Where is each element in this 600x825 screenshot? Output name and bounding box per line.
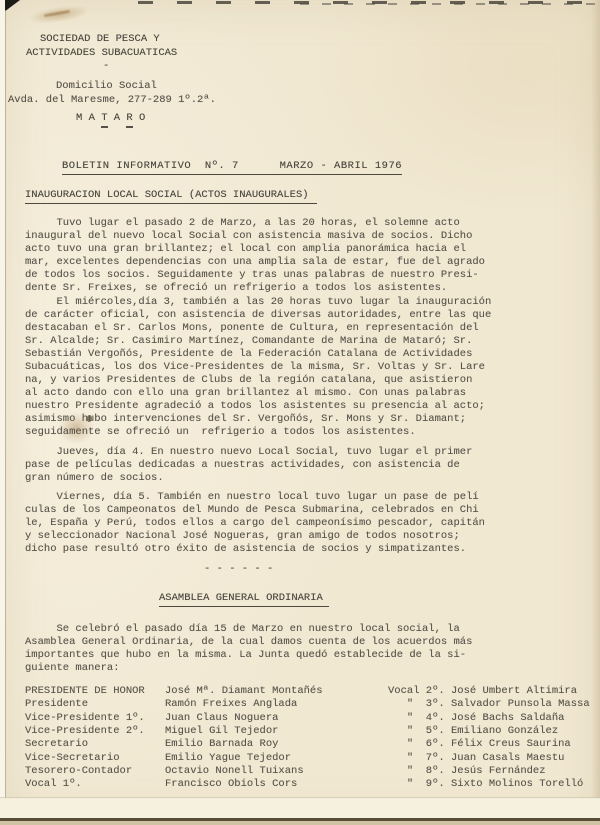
paragraph-line: importantes que hubo en la misma. La Jun… bbox=[25, 649, 472, 662]
paragraph-line: na, y varios Presidentes de Clubs de la … bbox=[25, 374, 491, 387]
office-cell: Presidente bbox=[25, 698, 165, 711]
vocal-cell: " 5º. Emiliano González bbox=[388, 725, 600, 738]
board-row: Vice-Presidente 1º. Juan Claus Noguera "… bbox=[25, 712, 600, 725]
office-cell: Vice-Secretario bbox=[25, 752, 165, 765]
board-table: PRESIDENTE DE HONOR José Mª. Diamant Mon… bbox=[25, 685, 600, 792]
office-cell: PRESIDENTE DE HONOR bbox=[25, 685, 165, 698]
left-edge-line bbox=[5, 10, 6, 815]
paragraph-line: Sebastián Vergoñós, Presidente de la Fed… bbox=[25, 348, 491, 361]
city-name: M A T A R O bbox=[76, 112, 145, 124]
office-cell: Vocal 1º. bbox=[25, 778, 165, 791]
fold-highlight bbox=[0, 797, 600, 799]
paragraph-line: Asamblea General Ordinaria, de la cual d… bbox=[25, 636, 472, 649]
name-cell: Juan Claus Noguera bbox=[165, 712, 388, 725]
paragraph-line: mar, excelentes dependencias con una amp… bbox=[25, 256, 485, 269]
city-underline-mark-r bbox=[126, 126, 133, 128]
paragraph-line: destacaban el Sr. Carlos Mons, ponente d… bbox=[25, 322, 491, 335]
vocal-cell: " 9º. Sixto Molinos Torelló bbox=[388, 778, 600, 791]
paragraph-line: dente Sr. Freixes, se ofreció un refrige… bbox=[25, 282, 485, 295]
board-row: Vocal 1º. Francisco Obiols Cors " 9º. Si… bbox=[25, 778, 600, 791]
paragraph-line: al acto dando con ello una gran brillant… bbox=[25, 387, 491, 400]
vocal-cell: " 4º. José Bachs Saldaña bbox=[388, 712, 600, 725]
divider-dashes: - - - - - - bbox=[204, 563, 273, 575]
vocal-cell: " 6º. Félix Creus Saurina bbox=[388, 738, 600, 751]
name-cell: Ramón Freixes Anglada bbox=[165, 698, 388, 711]
paragraph-line: Subacuáticas, los dos Vice-Presidentes d… bbox=[25, 361, 491, 374]
board-row: Tesorero-Contador Octavio Nonell Tuixans… bbox=[25, 765, 600, 778]
bottom-strip bbox=[0, 821, 600, 825]
paragraph-line: asimismo hubo intervenciones del Sr. Ver… bbox=[25, 413, 491, 426]
city-underline-mark-t bbox=[101, 126, 108, 128]
board-row: Presidente Ramón Freixes Anglada " 3º. S… bbox=[25, 698, 600, 711]
address-line: Avda. del Maresme, 277-289 1º.2ª. bbox=[8, 94, 216, 106]
paragraph-line: guiente manera: bbox=[25, 662, 472, 675]
vocal-cell: " 3º. Salvador Punsola Massa bbox=[388, 698, 600, 711]
org-name-line1: SOCIEDAD DE PESCA Y bbox=[40, 33, 160, 45]
office-cell: Vice-Presidente 1º. bbox=[25, 712, 165, 725]
paragraph-3: Jueves, día 4. En nuestro nuevo Local So… bbox=[25, 446, 472, 485]
org-name-line2: ACTIVIDADES SUBACUATICAS bbox=[26, 47, 177, 59]
office-cell: Tesorero-Contador bbox=[25, 765, 165, 778]
paragraph-4: Viernes, día 5. También en nuestro local… bbox=[25, 491, 485, 556]
board-row: Vice-Secretario Emilio Yague Tejedor " 7… bbox=[25, 752, 600, 765]
bulletin-title: BOLETIN INFORMATIVO Nº. 7 MARZO - ABRIL … bbox=[62, 160, 402, 175]
paragraph-line: de carácter oficial, con asistencia de d… bbox=[25, 309, 491, 322]
paragraph-line: El miércoles,día 3, también a las 20 hor… bbox=[25, 296, 491, 309]
paragraph-line: acto tuvo una gran brillantez; el local … bbox=[25, 243, 485, 256]
paragraph-line: le, España y Perú, todos ellos a cargo d… bbox=[25, 517, 485, 530]
paragraph-1: Tuvo lugar el pasado 2 de Marzo, a las 2… bbox=[25, 217, 485, 295]
paragraph-line: dicho pase resultó otro éxito de asisten… bbox=[25, 543, 485, 556]
address-label: Domicilio Social bbox=[56, 80, 157, 92]
name-cell: Emilio Barnada Roy bbox=[165, 738, 388, 751]
vocal-cell: Vocal 2º. José Umbert Altimira bbox=[388, 685, 600, 698]
paragraph-5: Se celebró el pasado día 15 de Marzo en … bbox=[25, 623, 472, 675]
name-cell: Octavio Nonell Tuixans bbox=[165, 765, 388, 778]
board-row: PRESIDENTE DE HONOR José Mª. Diamant Mon… bbox=[25, 685, 600, 698]
board-row: Vice-Presidente 2º. Miguel Gil Tejedor "… bbox=[25, 725, 600, 738]
paragraph-2: El miércoles,día 3, también a las 20 hor… bbox=[25, 296, 491, 439]
section-heading-inauguracion: INAUGURACION LOCAL SOCIAL (ACTOS INAUGUR… bbox=[25, 189, 317, 204]
scan-edge-top-secondary bbox=[300, 3, 598, 5]
name-cell: Francisco Obiols Cors bbox=[165, 778, 388, 791]
paragraph-line: nuestro Presidente agradeció a todos los… bbox=[25, 400, 491, 413]
paragraph-line: Sr. Alcalde; Sr. Casimiro Martínez, Coma… bbox=[25, 335, 491, 348]
paragraph-line: de todos los socios. Seguidamente y tras… bbox=[25, 269, 485, 282]
paragraph-line: Se celebró el pasado día 15 de Marzo en … bbox=[25, 623, 472, 636]
paragraph-line: y seleccionador Nacional José Nogueras, … bbox=[25, 530, 485, 543]
paragraph-line: inaugural del nuevo local Social con asi… bbox=[25, 230, 485, 243]
office-cell: Vice-Presidente 2º. bbox=[25, 725, 165, 738]
paragraph-line: Tuvo lugar el pasado 2 de Marzo, a las 2… bbox=[25, 217, 485, 230]
vocal-cell: " 8º. Jesús Fernández bbox=[388, 765, 600, 778]
paragraph-line: pase de películas dedicadas a nuestras a… bbox=[25, 459, 472, 472]
scanned-bulletin-page: SOCIEDAD DE PESCA Y ACTIVIDADES SUBACUAT… bbox=[0, 0, 600, 825]
paragraph-line: Viernes, día 5. También en nuestro local… bbox=[25, 491, 485, 504]
org-dash: - bbox=[103, 60, 109, 72]
paragraph-line: seguidamente se ofreció un refrigerio a … bbox=[25, 426, 491, 439]
vocal-cell: " 7º. Juan Casals Maestu bbox=[388, 752, 600, 765]
section-heading-asamblea: ASAMBLEA GENERAL ORDINARIA bbox=[159, 592, 329, 607]
name-cell: José Mª. Diamant Montañés bbox=[165, 685, 388, 698]
paragraph-line: Jueves, día 4. En nuestro nuevo Local So… bbox=[25, 446, 472, 459]
name-cell: Miguel Gil Tejedor bbox=[165, 725, 388, 738]
name-cell: Emilio Yague Tejedor bbox=[165, 752, 388, 765]
office-cell: Secretario bbox=[25, 738, 165, 751]
paragraph-line: gran número de socios. bbox=[25, 472, 472, 485]
paragraph-line: culas de los Campeonatos del Mundo de Pe… bbox=[25, 504, 485, 517]
board-row: Secretario Emilio Barnada Roy " 6º. Féli… bbox=[25, 738, 600, 751]
